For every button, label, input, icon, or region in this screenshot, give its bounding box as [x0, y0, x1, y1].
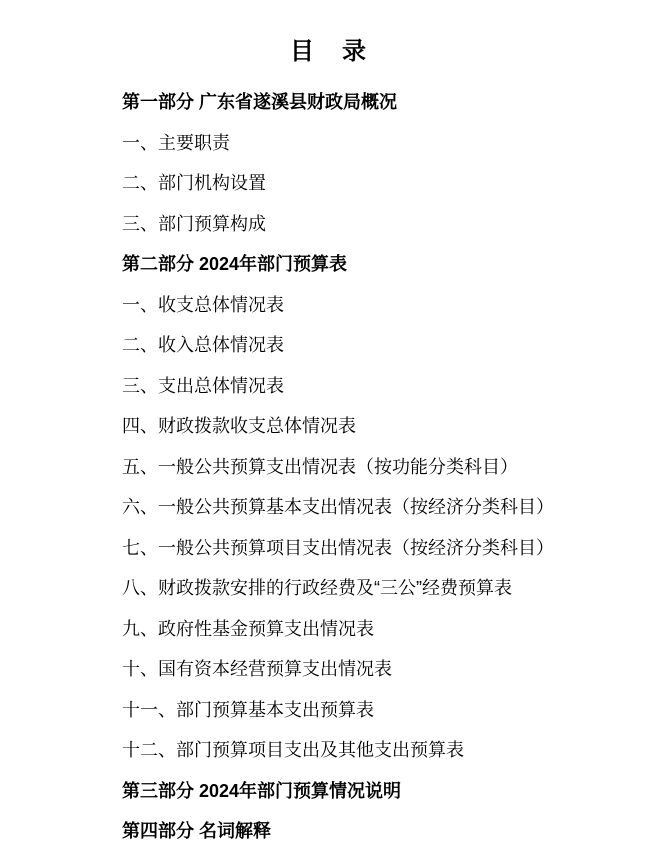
toc-item: 十、国有资本经营预算支出情况表	[122, 649, 618, 690]
toc-item: 三、部门预算构成	[122, 204, 618, 245]
toc-item: 十二、部门预算项目支出及其他支出预算表	[122, 730, 618, 771]
toc-item: 七、一般公共预算项目支出情况表（按经济分类科目）	[122, 528, 618, 569]
document-page: 目 录 第一部分 广东省遂溪县财政局概况 一、主要职责 二、部门机构设置 三、部…	[0, 0, 658, 853]
toc-item: 一、收支总体情况表	[122, 285, 618, 326]
toc-item: 四、财政拨款收支总体情况表	[122, 406, 618, 447]
toc-item: 二、收入总体情况表	[122, 325, 618, 366]
toc-item: 六、一般公共预算基本支出情况表（按经济分类科目）	[122, 487, 618, 528]
toc-section-heading-part4: 第四部分 名词解释	[122, 811, 618, 852]
toc-item: 九、政府性基金预算支出情况表	[122, 609, 618, 650]
toc-item: 一、主要职责	[122, 123, 618, 164]
table-of-contents: 第一部分 广东省遂溪县财政局概况 一、主要职责 二、部门机构设置 三、部门预算构…	[0, 66, 658, 852]
toc-item: 五、一般公共预算支出情况表（按功能分类科目）	[122, 447, 618, 488]
toc-section-heading-part2: 第二部分 2024年部门预算表	[122, 244, 618, 285]
toc-item: 十一、部门预算基本支出预算表	[122, 690, 618, 731]
toc-section-heading-part1: 第一部分 广东省遂溪县财政局概况	[122, 82, 618, 123]
page-title: 目 录	[0, 0, 658, 66]
toc-item: 八、财政拨款安排的行政经费及“三公”经费预算表	[122, 568, 618, 609]
toc-section-heading-part3: 第三部分 2024年部门预算情况说明	[122, 771, 618, 812]
toc-item: 二、部门机构设置	[122, 163, 618, 204]
toc-item: 三、支出总体情况表	[122, 366, 618, 407]
